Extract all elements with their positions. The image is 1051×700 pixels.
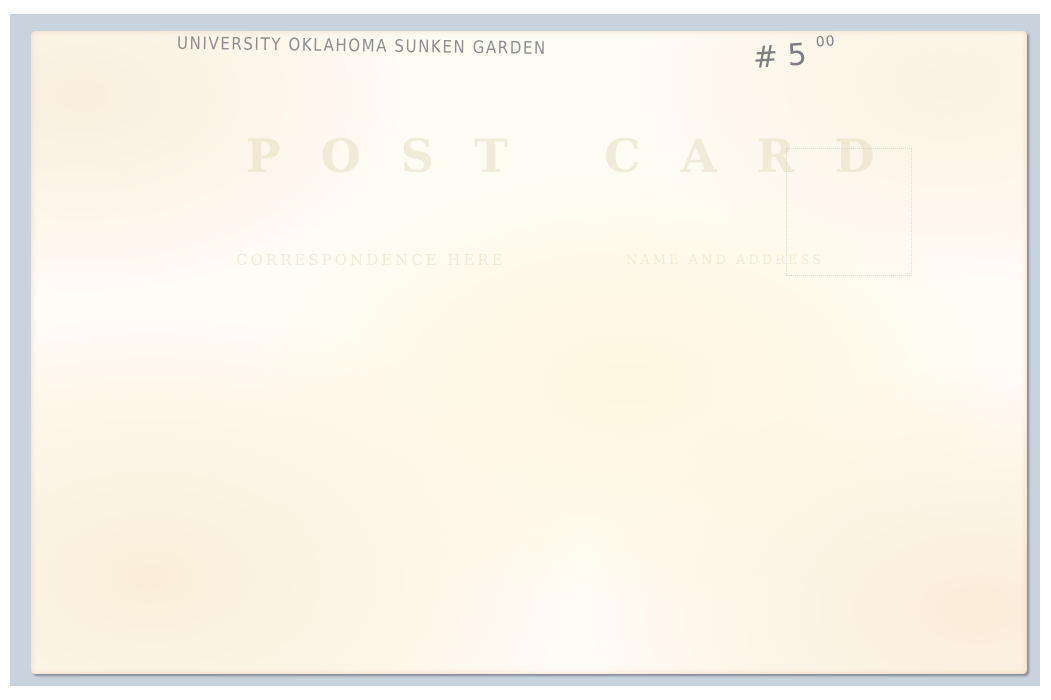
postcard-back: POST CARD CORRESPONDENCE HERE NAME AND A… (31, 31, 1027, 674)
handwritten-price-note: # 500 (752, 35, 838, 76)
printed-left-caption: CORRESPONDENCE HERE (236, 251, 506, 269)
price-cents: 00 (815, 33, 836, 50)
price-dollars: # 5 (752, 37, 808, 76)
handwritten-location-note: UNIVERSITY OKLAHOMA SUNKEN GARDEN (177, 33, 547, 59)
stamp-box (786, 148, 912, 276)
